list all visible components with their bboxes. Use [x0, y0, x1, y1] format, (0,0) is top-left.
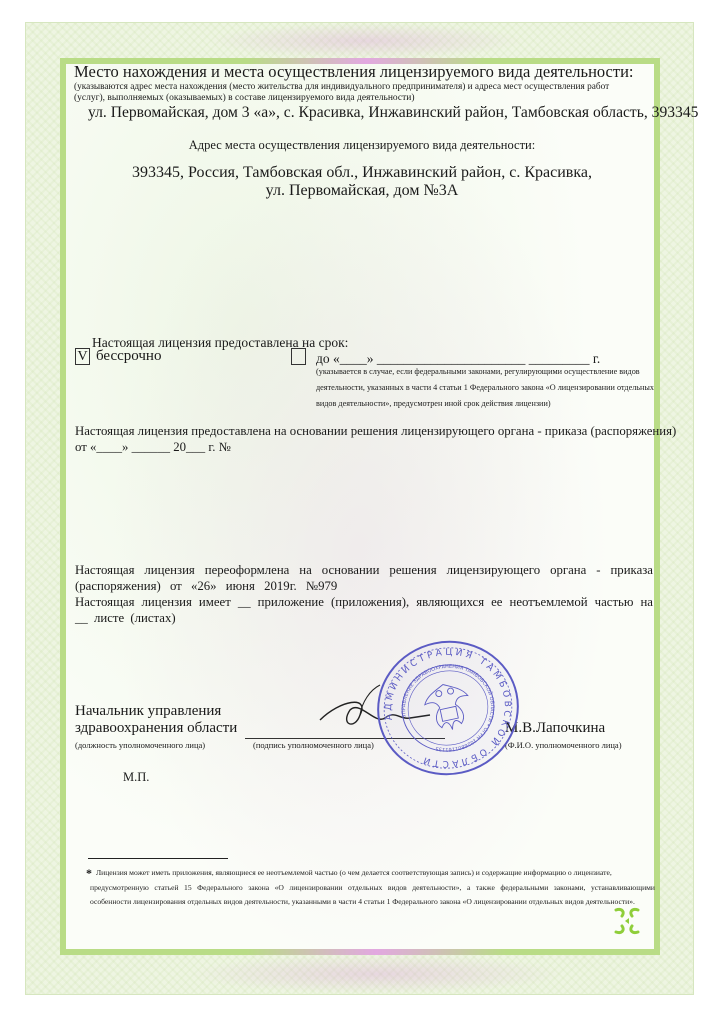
reissue-text: Настоящая лицензия переоформлена на осно…: [75, 562, 653, 594]
appendix-text: Настоящая лицензия имеет __ приложение (…: [75, 594, 653, 626]
decorative-band: [246, 949, 506, 955]
location-note-2: (услуг), выполняемых (оказываемых) в сос…: [74, 92, 415, 104]
unlimited-checkbox[interactable]: V: [75, 348, 90, 365]
position-caption: (должность уполномоченного лица): [75, 740, 205, 750]
location-address: ул. Первомайская, дом 3 «а», с. Красивка…: [88, 104, 698, 122]
footnote-divider: [88, 858, 228, 859]
stamp-place: М.П.: [123, 770, 149, 785]
footnote-line-3: особенности лицензирования отдельных вид…: [90, 897, 635, 906]
position-line-1: Начальник управления: [75, 703, 221, 720]
basis-line-1: Настоящая лицензия предоставлена на осно…: [75, 424, 676, 439]
ornament-icon: [612, 906, 642, 936]
until-note-2: деятельности, указанных в части 4 статьи…: [316, 380, 654, 396]
basis-line-2: от «____» ______ 20___ г. №: [75, 440, 231, 455]
unlimited-label: бессрочно: [96, 348, 161, 365]
decorative-tint: [186, 954, 566, 994]
position-line-2: здравоохранения области: [75, 720, 237, 737]
until-checkbox[interactable]: [291, 348, 306, 365]
location-heading: Место нахождения и места осуществления л…: [74, 62, 634, 82]
activity-address-line-1: 393345, Россия, Тамбовская обл., Инжавин…: [0, 164, 724, 182]
activity-address-label: Адрес места осуществления лицензируемого…: [0, 138, 724, 153]
until-note-3: видов деятельности», предусмотрен иной с…: [316, 396, 551, 412]
until-note-1: (указывается в случае, если федеральными…: [316, 364, 640, 380]
footnote-marker: *: [86, 866, 92, 881]
official-seal-icon: АДМИНИСТРАЦИЯ ТАМБОВСКОЙ ОБЛАСТИ УПРАВЛЕ…: [368, 634, 528, 782]
decorative-tint: [206, 23, 526, 59]
signature-caption: (подпись уполномоченного лица): [253, 740, 374, 750]
footnote-line-1: Лицензия может иметь приложения, являющи…: [96, 868, 612, 877]
footnote-line-2: предусмотренную статьей 15 Федерального …: [90, 883, 655, 892]
activity-address-line-2: ул. Первомайская, дом №3А: [0, 182, 724, 200]
